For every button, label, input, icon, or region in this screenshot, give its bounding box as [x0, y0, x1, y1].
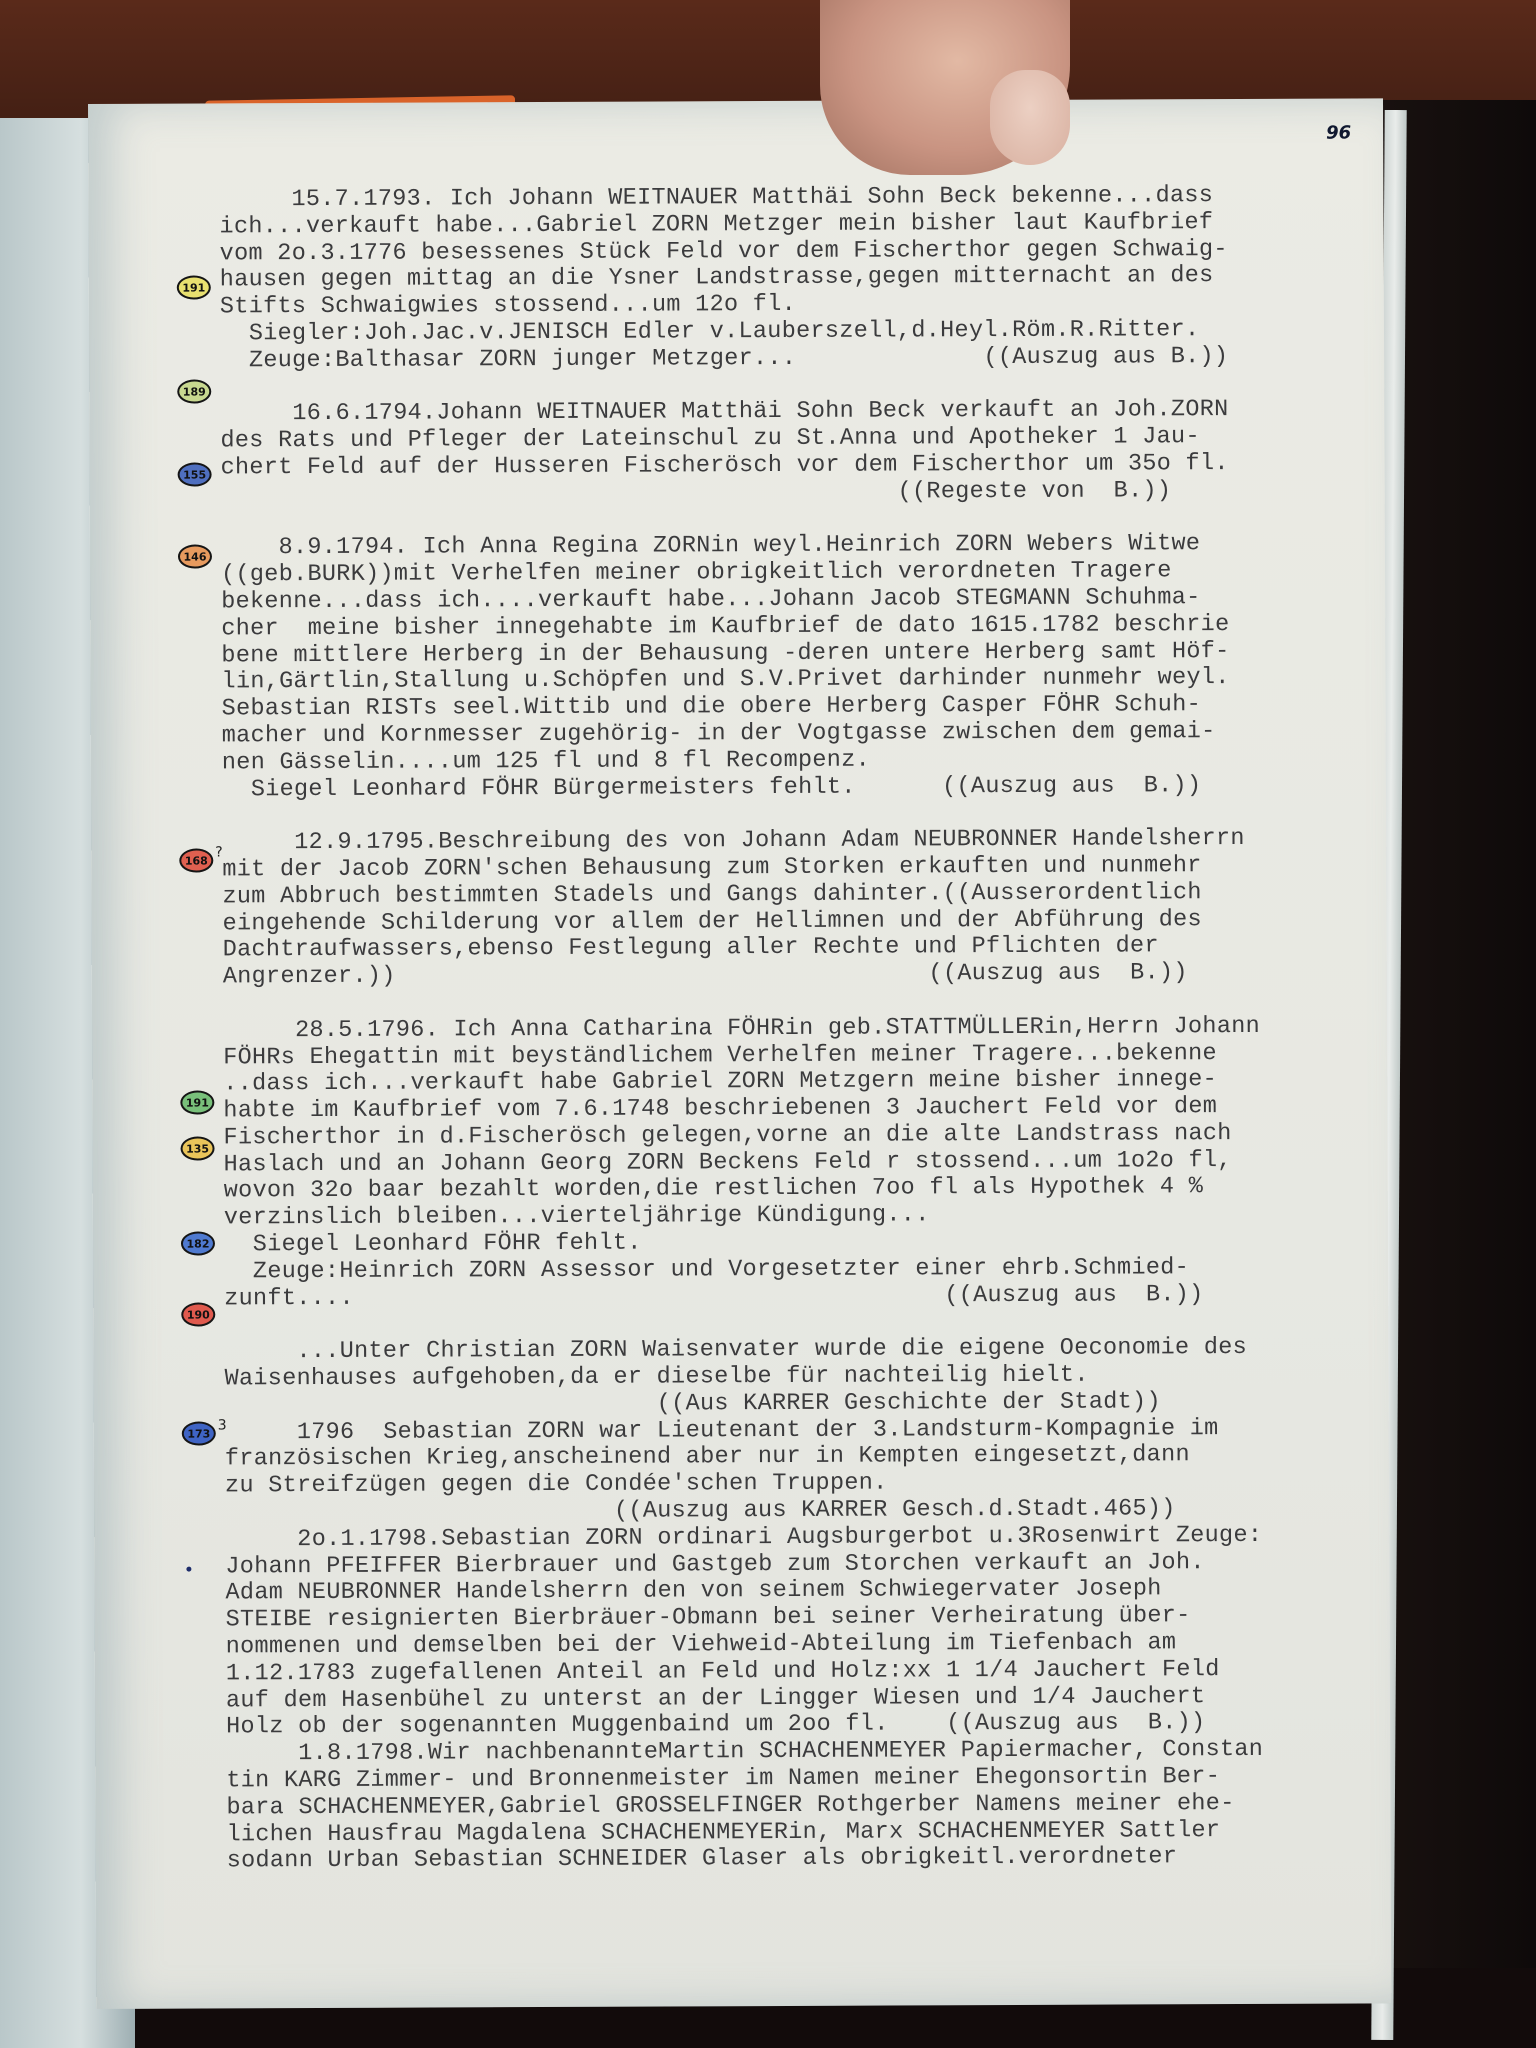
thumbnail	[990, 70, 1070, 165]
margin-marker: 182	[181, 1231, 215, 1255]
margin-marker: 168	[179, 848, 213, 872]
typewritten-text: 15.7.1793. Ich Johann WEITNAUER Matthäi …	[219, 182, 1426, 1875]
text-line: 2o.1.1798.Sebastian ZORN ordinari Augsbu…	[225, 1522, 1425, 1554]
marker-annotation: ?	[215, 844, 223, 860]
typewritten-page: 96 15.7.1793. Ich Johann WEITNAUER Matth…	[88, 98, 1391, 2009]
marker-annotation: 3	[218, 1417, 227, 1433]
margin-marker: 190	[181, 1302, 215, 1326]
blue-dot-mark	[186, 1567, 191, 1572]
margin-marker: 189	[177, 379, 211, 403]
margin-marker: 191	[180, 1090, 214, 1114]
margin-marker: 135	[181, 1136, 215, 1160]
margin-marker: 173	[182, 1421, 216, 1445]
margin-marker: 191	[177, 275, 211, 299]
margin-marker: 155	[178, 462, 212, 486]
text-line: sodann Urban Sebastian SCHNEIDER Glaser …	[227, 1844, 1427, 1876]
text-line: 12.9.1795.Beschreibung des von Johann Ad…	[222, 825, 1422, 857]
page-number: 96	[1326, 122, 1351, 143]
margin-marker: 146	[178, 544, 212, 568]
text-line: 28.5.1796. Ich Anna Catharina FÖHRin geb…	[223, 1013, 1423, 1045]
text-line: 1.8.1798.Wir nachbenannteMartin SCHACHEN…	[226, 1736, 1426, 1768]
text-line: ...Unter Christian ZORN Waisenvater wurd…	[224, 1334, 1424, 1366]
